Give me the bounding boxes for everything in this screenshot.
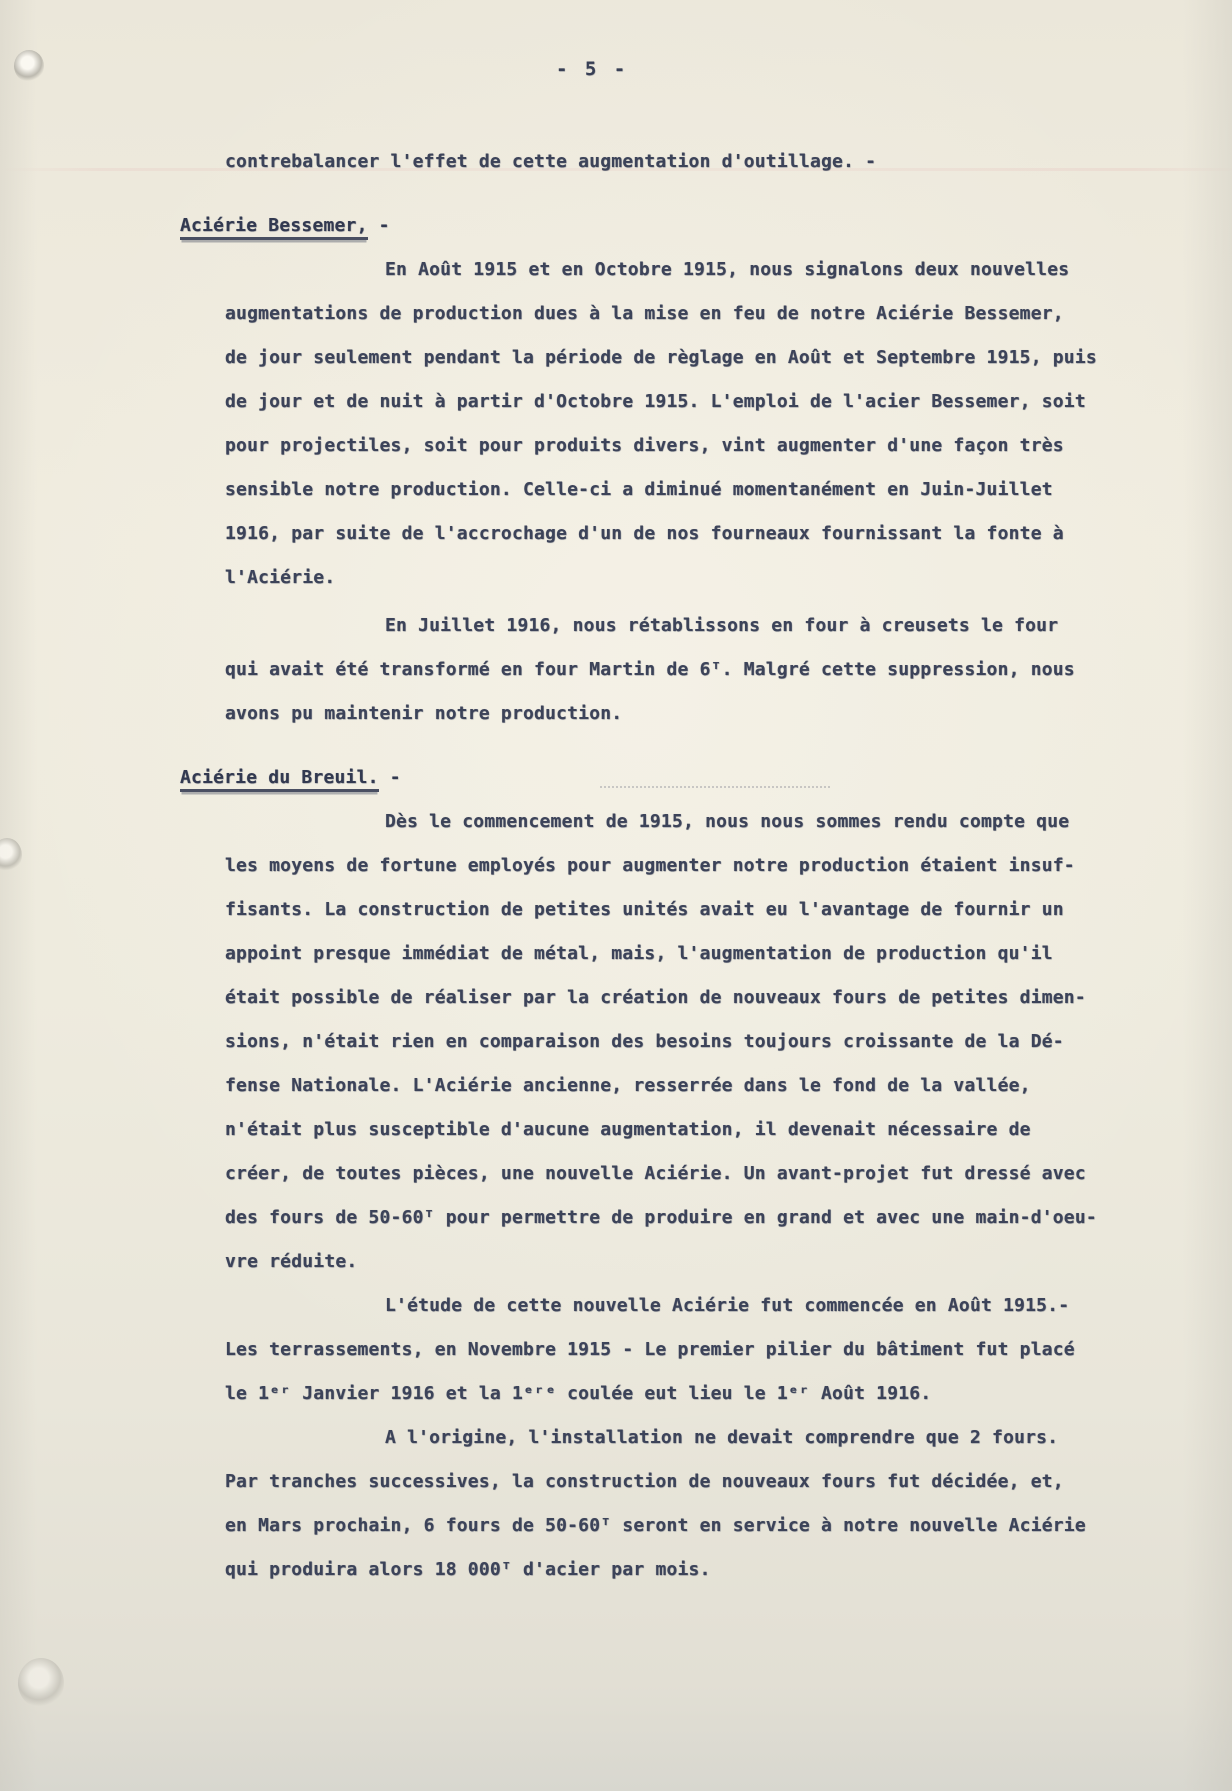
- text-line: Par tranches successives, la constructio…: [225, 1460, 1232, 1504]
- text-line: En Juillet 1916, nous rétablissons en fo…: [225, 604, 1232, 648]
- text-line: fense Nationale. L'Aciérie ancienne, res…: [225, 1064, 1232, 1108]
- text-line: pour projectiles, soit pour produits div…: [225, 424, 1232, 468]
- line-text: L'étude de cette nouvelle Aciérie fut co…: [385, 1295, 1069, 1316]
- text-line: sions, n'était rien en comparaison des b…: [225, 1020, 1232, 1064]
- line-text: fisants. La construction de petites unit…: [225, 899, 1064, 920]
- line-text: contrebalancer l'effet de cette augmenta…: [225, 151, 876, 172]
- scanned-document-page: - 5 - contrebalancer l'effet de cette au…: [0, 0, 1232, 1791]
- text-line: de jour et de nuit à partir d'Octobre 19…: [225, 380, 1232, 424]
- line-text: sensible notre production. Celle-ci a di…: [225, 479, 1053, 500]
- line-text: était possible de réaliser par la créati…: [225, 987, 1086, 1008]
- text-line: l'Aciérie.: [225, 556, 1232, 600]
- line-text: de jour seulement pendant la période de …: [225, 347, 1097, 368]
- line-text: de jour et de nuit à partir d'Octobre 19…: [225, 391, 1086, 412]
- text-line: des fours de 50-60ᵀ pour permettre de pr…: [225, 1196, 1232, 1240]
- text-line: de jour seulement pendant la période de …: [225, 336, 1232, 380]
- text-line: sensible notre production. Celle-ci a di…: [225, 468, 1232, 512]
- text-line: Aciérie Bessemer, -: [180, 204, 1232, 248]
- text-line: les moyens de fortune employés pour augm…: [225, 844, 1232, 888]
- line-text: augmentations de production dues à la mi…: [225, 303, 1064, 324]
- text-line: Les terrassements, en Novembre 1915 - Le…: [225, 1328, 1232, 1372]
- text-line: qui avait été transformé en four Martin …: [225, 648, 1232, 692]
- text-line: L'étude de cette nouvelle Aciérie fut co…: [225, 1284, 1232, 1328]
- line-text: les moyens de fortune employés pour augm…: [225, 855, 1075, 876]
- line-text: avons pu maintenir notre production.: [225, 703, 622, 724]
- line-text: n'était plus susceptible d'aucune augmen…: [225, 1119, 1031, 1140]
- text-line: qui produira alors 18 000ᵀ d'acier par m…: [225, 1548, 1232, 1592]
- heading-suffix: -: [368, 215, 390, 236]
- text-line: Dès le commencement de 1915, nous nous s…: [225, 800, 1232, 844]
- text-line: Aciérie du Breuil. -: [180, 756, 1232, 800]
- line-text: en Mars prochain, 6 fours de 50-60ᵀ sero…: [225, 1515, 1086, 1536]
- document-text: contrebalancer l'effet de cette augmenta…: [0, 140, 1232, 1592]
- line-text: Dès le commencement de 1915, nous nous s…: [385, 811, 1069, 832]
- line-text: En Août 1915 et en Octobre 1915, nous si…: [385, 259, 1069, 280]
- line-text: appoint presque immédiat de métal, mais,…: [225, 943, 1053, 964]
- text-line: était possible de réaliser par la créati…: [225, 976, 1232, 1020]
- line-text: sions, n'était rien en comparaison des b…: [225, 1031, 1064, 1052]
- text-line: en Mars prochain, 6 fours de 50-60ᵀ sero…: [225, 1504, 1232, 1548]
- line-text: l'Aciérie.: [225, 567, 335, 588]
- heading-suffix: -: [379, 767, 401, 788]
- line-text: créer, de toutes pièces, une nouvelle Ac…: [225, 1163, 1086, 1184]
- line-text: fense Nationale. L'Aciérie ancienne, res…: [225, 1075, 1031, 1096]
- line-text: Les terrassements, en Novembre 1915 - Le…: [225, 1339, 1075, 1360]
- text-line: A l'origine, l'installation ne devait co…: [225, 1416, 1232, 1460]
- text-line: le 1ᵉʳ Janvier 1916 et la 1ᵉʳᵉ coulée eu…: [225, 1372, 1232, 1416]
- line-text: A l'origine, l'installation ne devait co…: [385, 1427, 1058, 1448]
- text-line: vre réduite.: [225, 1240, 1232, 1284]
- text-line: avons pu maintenir notre production.: [225, 692, 1232, 736]
- text-line: fisants. La construction de petites unit…: [225, 888, 1232, 932]
- punch-hole-mark-bottom: [18, 1658, 64, 1708]
- line-text: le 1ᵉʳ Janvier 1916 et la 1ᵉʳᵉ coulée eu…: [225, 1383, 931, 1404]
- line-text: 1916, par suite de l'accrochage d'un de …: [225, 523, 1064, 544]
- text-line: n'était plus susceptible d'aucune augmen…: [225, 1108, 1232, 1152]
- heading-underlined-text: Aciérie du Breuil.: [180, 767, 379, 792]
- text-line: En Août 1915 et en Octobre 1915, nous si…: [225, 248, 1232, 292]
- page-number: - 5 -: [556, 58, 628, 80]
- line-text: qui avait été transformé en four Martin …: [225, 659, 1075, 680]
- line-text: Par tranches successives, la constructio…: [225, 1471, 1064, 1492]
- text-line: 1916, par suite de l'accrochage d'un de …: [225, 512, 1232, 556]
- line-text: vre réduite.: [225, 1251, 357, 1272]
- line-text: qui produira alors 18 000ᵀ d'acier par m…: [225, 1559, 711, 1580]
- line-text: des fours de 50-60ᵀ pour permettre de pr…: [225, 1207, 1097, 1228]
- heading-underlined-text: Aciérie Bessemer,: [180, 215, 368, 240]
- text-line: appoint presque immédiat de métal, mais,…: [225, 932, 1232, 976]
- punch-hole-mark-top: [14, 50, 44, 82]
- line-text: En Juillet 1916, nous rétablissons en fo…: [385, 615, 1058, 636]
- text-line: créer, de toutes pièces, une nouvelle Ac…: [225, 1152, 1232, 1196]
- text-line: contrebalancer l'effet de cette augmenta…: [225, 140, 1232, 184]
- text-line: augmentations de production dues à la mi…: [225, 292, 1232, 336]
- line-text: pour projectiles, soit pour produits div…: [225, 435, 1064, 456]
